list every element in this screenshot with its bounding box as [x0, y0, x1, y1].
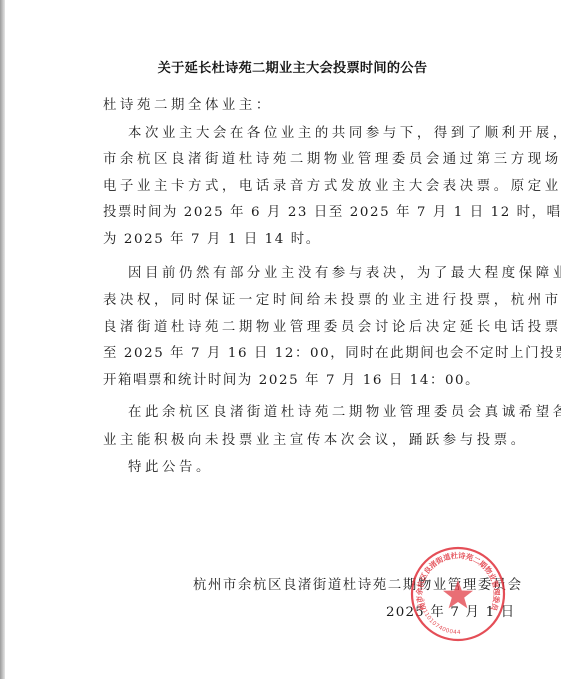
paragraph-2-line-3: 良渚街道杜诗苑二期物业管理委员会讨论后决定延长电话投票方式: [103, 319, 483, 337]
paragraph-1-line-4: 投票时间为 2025 年 6 月 23 日至 2025 年 7 月 1 日 12…: [103, 204, 483, 222]
paragraph-1-line-2: 市余杭区良渚街道杜诗苑二期物业管理委员会通过第三方现场驻点，: [103, 151, 483, 169]
paragraph-1-line-1: 本次业主大会在各位业主的共同参与下，得到了顺利开展，杭州: [128, 125, 508, 143]
paragraph-1-line-3: 电子业主卡方式，电话录音方式发放业主大会表决票。原定业主大会: [103, 178, 483, 196]
salutation: 杜诗苑二期全体业主：: [103, 97, 483, 115]
closing-statement: 特此公告。: [128, 459, 508, 477]
paragraph-2-line-1: 因目前仍然有部分业主没有参与表决，为了最大程度保障业主的: [128, 265, 508, 283]
paragraph-3-line-1: 在此余杭区良渚街道杜诗苑二期物业管理委员会真诚希望各位: [128, 404, 508, 422]
paragraph-1-line-5: 为 2025 年 7 月 1 日 14 时。: [103, 231, 483, 249]
paragraph-2-line-4: 至 2025 年 7 月 16 日 12：00，同时在此期间也会不定时上门投票。: [103, 345, 483, 363]
paragraph-3-line-2: 业主能积极向未投票业主宣传本次会议，踊跃参与投票。: [103, 432, 483, 450]
signature-date: 2025 年 7 月 1 日: [386, 601, 515, 620]
paragraph-2-line-2: 表决权，同时保证一定时间给未投票的业主进行投票，杭州市余杭区: [103, 292, 483, 310]
signature-organization: 杭州市余杭区良渚街道杜诗苑二期物业管理委员会: [193, 574, 523, 593]
paragraph-2-line-5: 开箱唱票和统计时间为 2025 年 7 月 16 日 14：00。: [103, 372, 483, 390]
document-title: 关于延长杜诗苑二期业主大会投票时间的公告: [0, 57, 561, 76]
